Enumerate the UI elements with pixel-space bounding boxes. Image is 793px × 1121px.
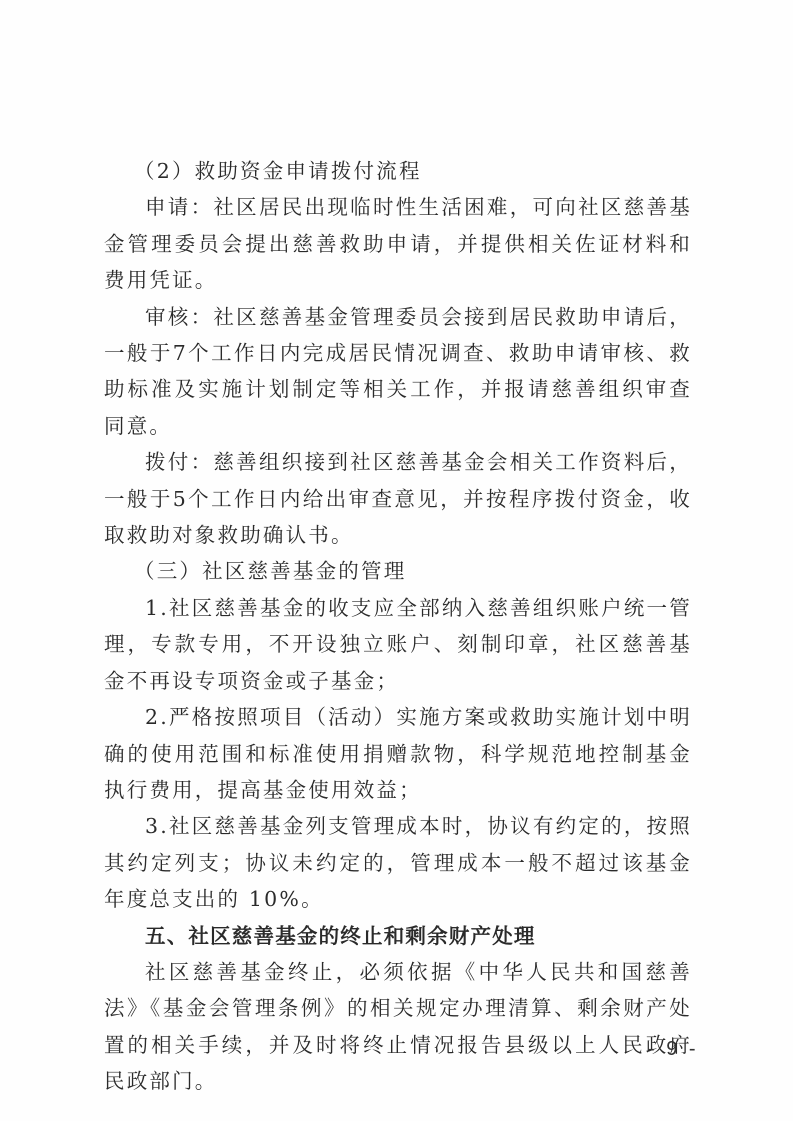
paragraph-application: 申请：社区居民出现临时性生活困难，可向社区慈善基金管理委员会提出慈善救助申请，并… (104, 189, 692, 298)
page-number: - 9 - (648, 1038, 699, 1061)
subheading-relief-fund-process: （2）救助资金申请拨付流程 (104, 153, 692, 189)
paragraph-management-item-3: 3.社区慈善基金列支管理成本时，协议有约定的，按照其约定列支；协议未约定的，管理… (104, 808, 692, 917)
paragraph-management-item-1: 1.社区慈善基金的收支应全部纳入慈善组织账户统一管理，专款专用，不开设独立账户、… (104, 590, 692, 699)
subheading-fund-management: （三）社区慈善基金的管理 (104, 553, 692, 589)
section-heading-termination: 五、社区慈善基金的终止和剩余财产处理 (104, 918, 692, 954)
paragraph-termination: 社区慈善基金终止，必须依据《中华人民共和国慈善法》《基金会管理条例》的相关规定办… (104, 954, 692, 1100)
paragraph-review: 审核：社区慈善基金管理委员会接到居民救助申请后，一般于7个工作日内完成居民情况调… (104, 299, 692, 445)
document-page: （2）救助资金申请拨付流程 申请：社区居民出现临时性生活困难，可向社区慈善基金管… (0, 0, 793, 1121)
paragraph-management-item-2: 2.严格按照项目（活动）实施方案或救助实施计划中明确的使用范围和标准使用捐赠款物… (104, 699, 692, 808)
paragraph-disbursement: 拨付：慈善组织接到社区慈善基金会相关工作资料后，一般于5个工作日内给出审查意见，… (104, 444, 692, 553)
document-body: （2）救助资金申请拨付流程 申请：社区居民出现临时性生活困难，可向社区慈善基金管… (104, 153, 692, 1100)
